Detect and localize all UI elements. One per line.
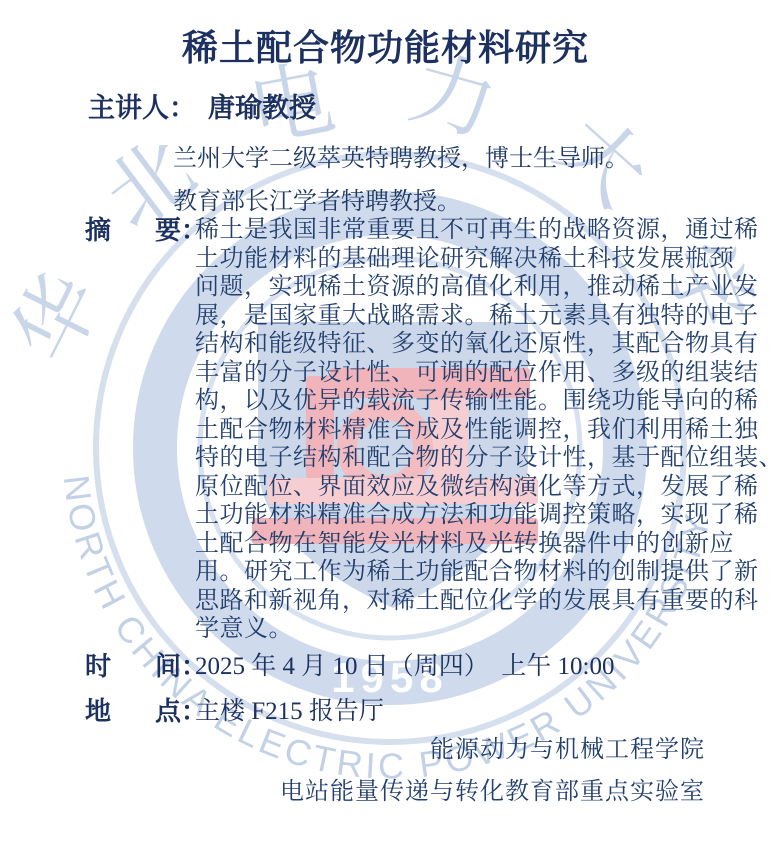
location-value: 主楼 F215 报告厅 (195, 697, 384, 726)
abstract-line: 原位配位、界面效应及微结构演化等方式，发展了稀 (195, 473, 725, 502)
abstract-line: 问题，实现稀土资源的高值化利用，推动稀土产业发 (195, 273, 725, 302)
speaker-name: 唐瑜教授 (208, 86, 316, 125)
organizer-key-lab: 电站能量传递与转化教育部重点实验室 (280, 771, 705, 806)
abstract-line: 结构和能级特征、多变的氧化还原性，其配合物具有 (195, 330, 725, 359)
abstract-label: 摘 要： (85, 216, 191, 245)
speaker-affiliation-1: 兰州大学二级萃英特聘教授，博士生导师。 (173, 138, 629, 173)
time-label: 时 间： (85, 652, 191, 681)
page-title: 稀土配合物功能材料研究 (0, 20, 771, 71)
abstract-line: 土配合物材料精准合成及性能调控，我们利用稀土独 (195, 416, 725, 445)
speaker-label: 主讲人： (88, 86, 196, 125)
speaker-affiliation-2: 教育部长江学者特聘教授。 (173, 181, 461, 216)
abstract-line: 构，以及优异的载流子传输性能。围绕功能导向的稀 (195, 387, 725, 416)
abstract-line: 稀土是我国非常重要且不可再生的战略资源，通过稀 (195, 216, 725, 245)
abstract-line: 丰富的分子设计性、可调的配位作用、多级的组装结 (195, 359, 725, 388)
time-value: 2025 年 4 月 10 日（周四） 上午 10:00 (195, 652, 614, 681)
abstract-section: 摘 要： 稀土是我国非常重要且不可再生的战略资源，通过稀 土功能材料的基础理论研… (85, 216, 725, 644)
location-label: 地 点： (85, 697, 191, 726)
poster-content: 稀土配合物功能材料研究 主讲人：唐瑜教授 兰州大学二级萃英特聘教授，博士生导师。… (0, 0, 771, 847)
organizer-school: 能源动力与机械工程学院 (430, 729, 705, 764)
abstract-line: 特的电子结构和配合物的分子设计性，基于配位组装、 (195, 444, 725, 473)
abstract-line: 土功能材料的基础理论研究解决稀土科技发展瓶颈 (195, 245, 725, 274)
abstract-line: 土配合物在智能发光材料及光转换器件中的创新应 (195, 530, 725, 559)
abstract-line: 土功能材料精准合成方法和功能调控策略，实现了稀 (195, 501, 725, 530)
speaker-row: 主讲人：唐瑜教授 (88, 86, 316, 125)
abstract-line: 思路和新视角，对稀土配位化学的发展具有重要的科 (195, 587, 725, 616)
abstract-text: 稀土是我国非常重要且不可再生的战略资源，通过稀 土功能材料的基础理论研究解决稀土… (195, 216, 725, 644)
abstract-line: 学意义。 (195, 615, 725, 644)
abstract-line: 展，是国家重大战略需求。稀土元素具有独特的电子 (195, 302, 725, 331)
abstract-line: 用。研究工作为稀土功能配合物材料的创制提供了新 (195, 558, 725, 587)
lecture-poster: 华北电力大学 NORTH CHINA ELECTRIC POWER UNIVER… (0, 0, 771, 847)
